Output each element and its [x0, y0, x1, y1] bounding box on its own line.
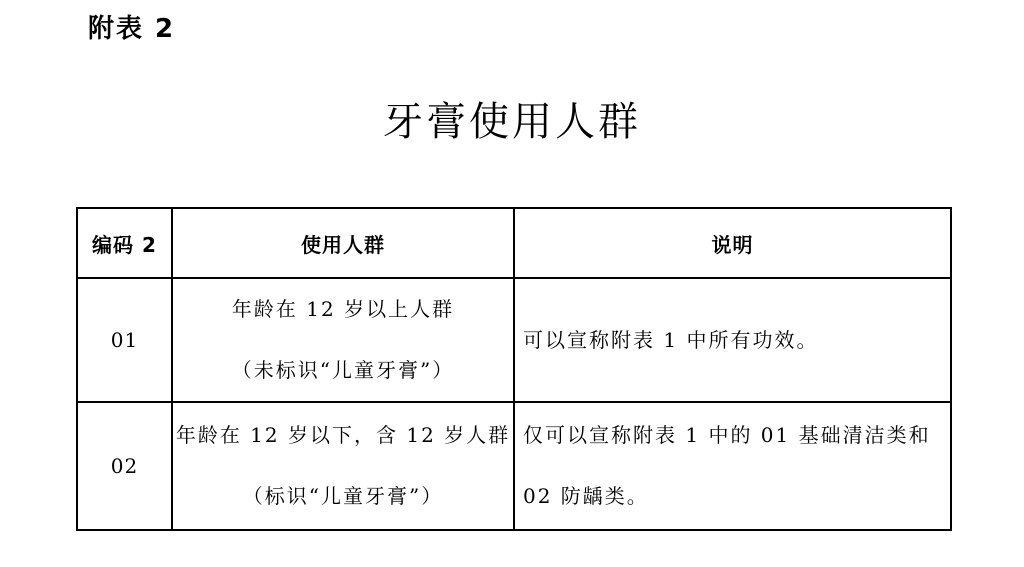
population-cell: 年龄在 12 岁以下，含 12 岁人群 （标识“儿童牙膏”） — [172, 402, 514, 530]
header-cell-code: 编码 2 — [77, 208, 172, 278]
table-row: 01 年龄在 12 岁以上人群 （未标识“儿童牙膏”） 可以宣称附表 1 中所有… — [77, 278, 951, 402]
usage-table: 编码 2 使用人群 说明 01 年龄在 12 岁以上人群 （未标识“儿童牙膏”）… — [76, 207, 952, 531]
description-cell: 可以宣称附表 1 中所有功效。 — [514, 278, 951, 402]
header-cell-description: 说明 — [514, 208, 951, 278]
code-cell: 02 — [77, 402, 172, 530]
population-cell: 年龄在 12 岁以上人群 （未标识“儿童牙膏”） — [172, 278, 514, 402]
code-cell: 01 — [77, 278, 172, 402]
table-header-row: 编码 2 使用人群 说明 — [77, 208, 951, 278]
header-cell-population: 使用人群 — [172, 208, 514, 278]
document-page: 附表 2 牙膏使用人群 编码 2 使用人群 说明 01 年龄在 12 岁以上人群… — [0, 0, 1024, 567]
table-row: 02 年龄在 12 岁以下，含 12 岁人群 （标识“儿童牙膏”） 仅可以宣称附… — [77, 402, 951, 530]
doc-title: 牙膏使用人群 — [0, 98, 1024, 146]
appendix-label: 附表 2 — [88, 8, 175, 45]
description-cell: 仅可以宣称附表 1 中的 01 基础清洁类和 02 防龋类。 — [514, 402, 951, 530]
